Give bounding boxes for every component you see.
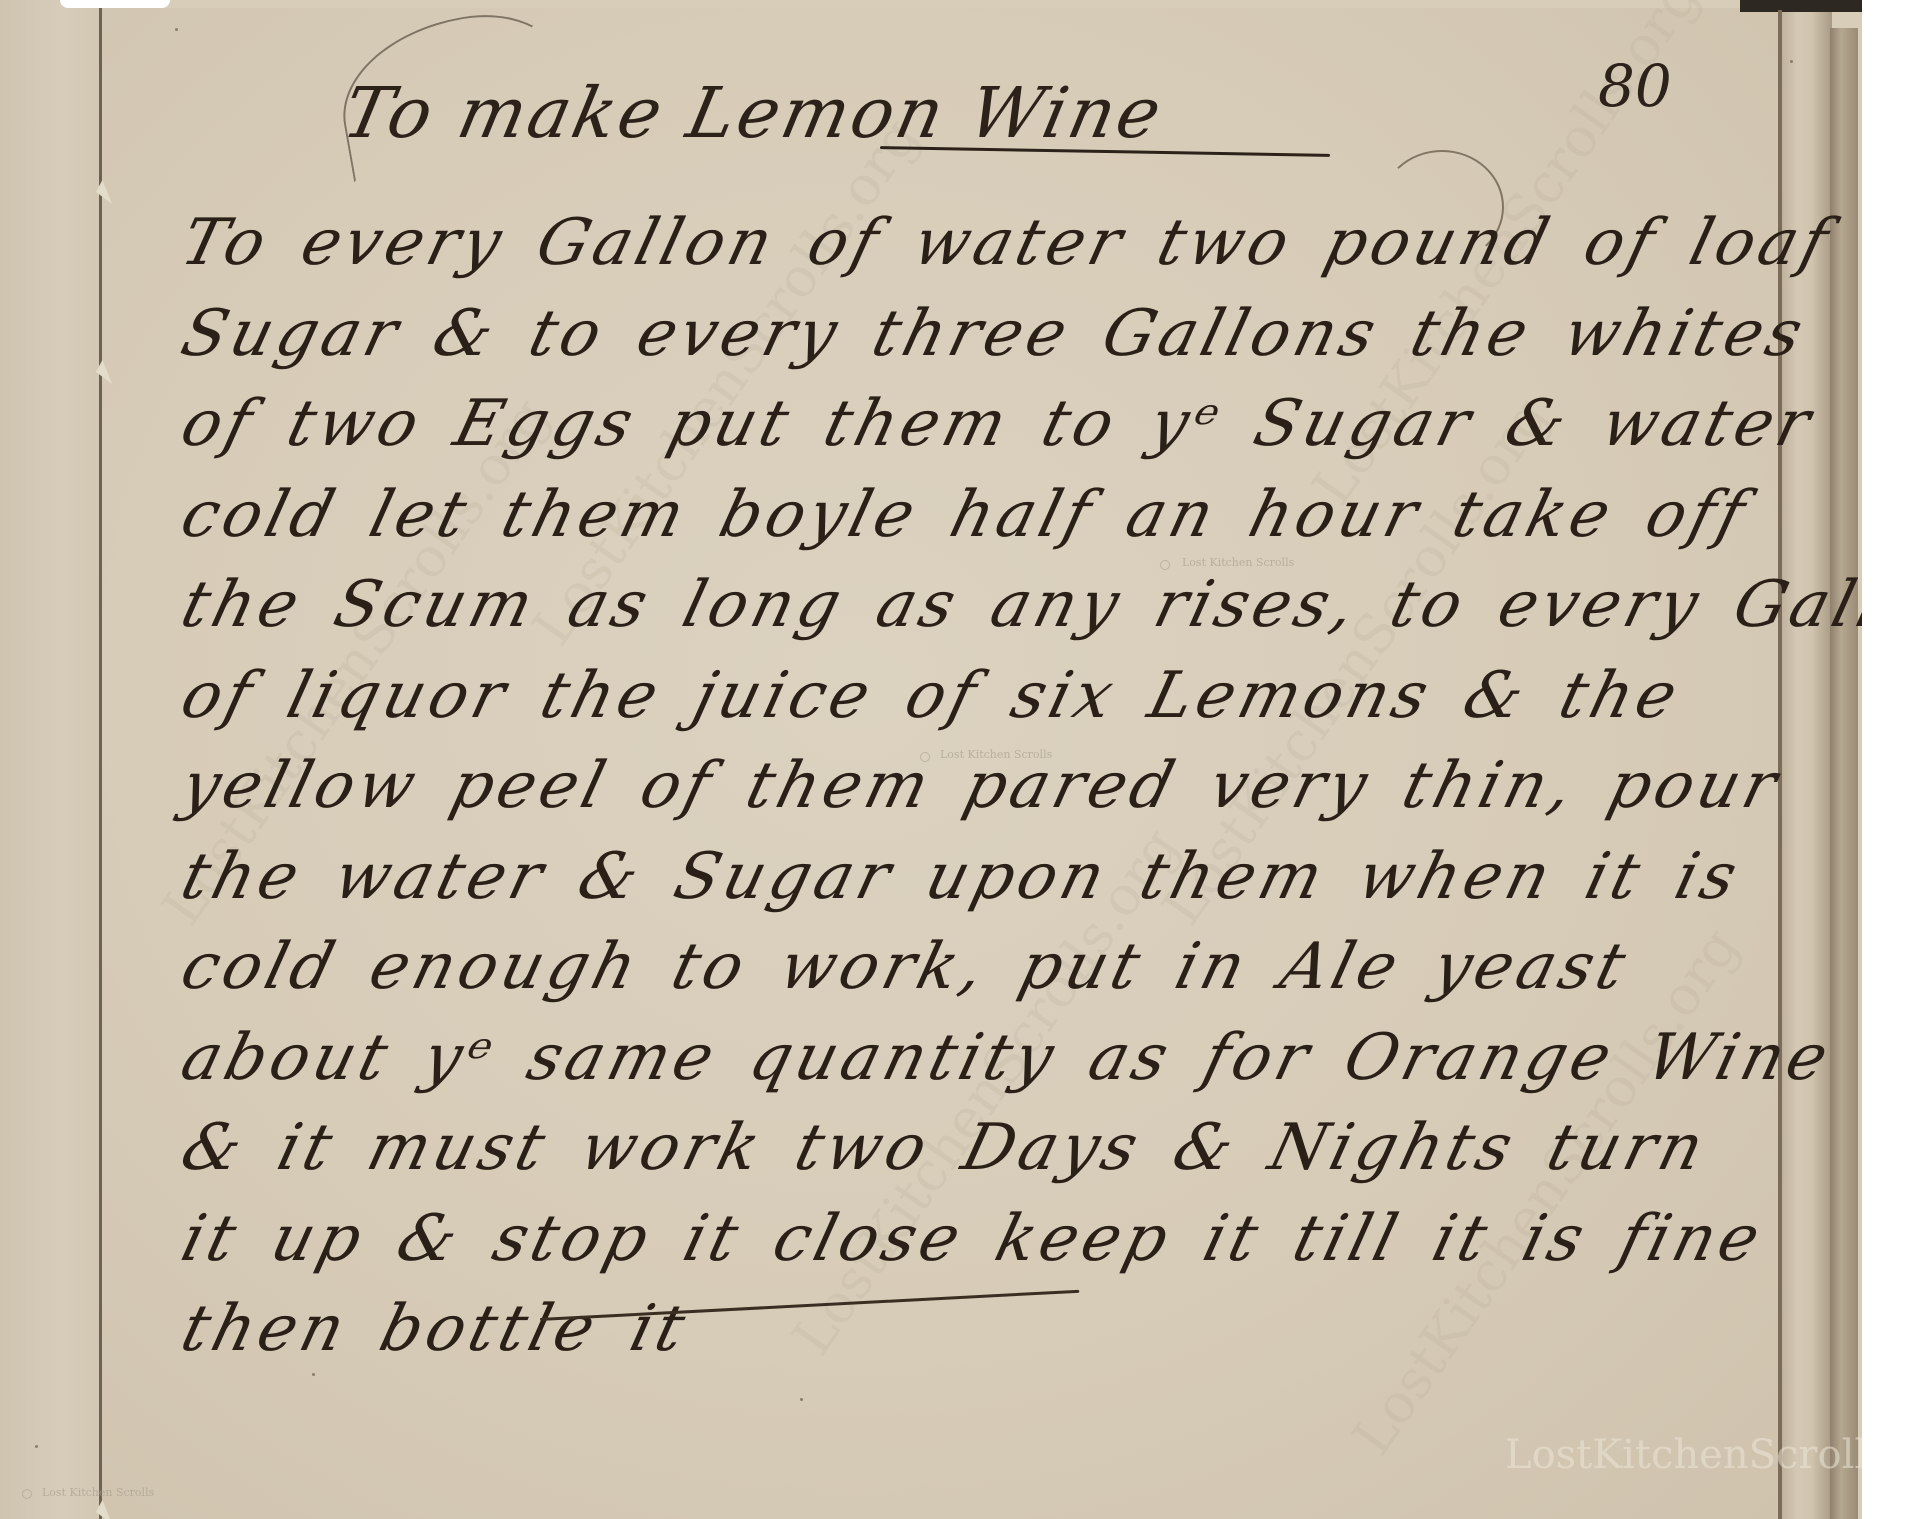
manuscript-line: & it must work two Days & Nights turn	[172, 1103, 1795, 1194]
manuscript-line: yellow peel of them pared very thin, pou…	[172, 741, 1795, 832]
manuscript-line: the water & Sugar upon them when it is	[172, 832, 1795, 923]
recipe-body: To every Gallon of water two pound of lo…	[172, 198, 1772, 1375]
recipe-title: To make Lemon Wine	[336, 72, 1171, 154]
manuscript-text: To make Lemon Wine 80 To every Gallon of…	[0, 0, 1862, 1519]
manuscript-line: of two Eggs put them to yᵉ Sugar & water	[172, 379, 1795, 470]
manuscript-line: it up & stop it close keep it till it is…	[172, 1194, 1795, 1285]
manuscript-line: Sugar & to every three Gallons the white…	[172, 289, 1795, 380]
manuscript-scan: LostKitchenScrolls.org LostKitchenScroll…	[0, 0, 1862, 1519]
manuscript-line: about yᵉ same quantity as for Orange Win…	[172, 1013, 1795, 1104]
manuscript-line: the Scum as long as any rises, to every …	[172, 560, 1795, 651]
manuscript-line: of liquor the juice of six Lemons & the	[172, 651, 1795, 742]
manuscript-line: cold let them boyle half an hour take of…	[172, 470, 1795, 561]
manuscript-line: To every Gallon of water two pound of lo…	[172, 198, 1795, 289]
page-number: 80	[1598, 52, 1672, 120]
manuscript-line: cold enough to work, put in Ale yeast	[172, 922, 1795, 1013]
